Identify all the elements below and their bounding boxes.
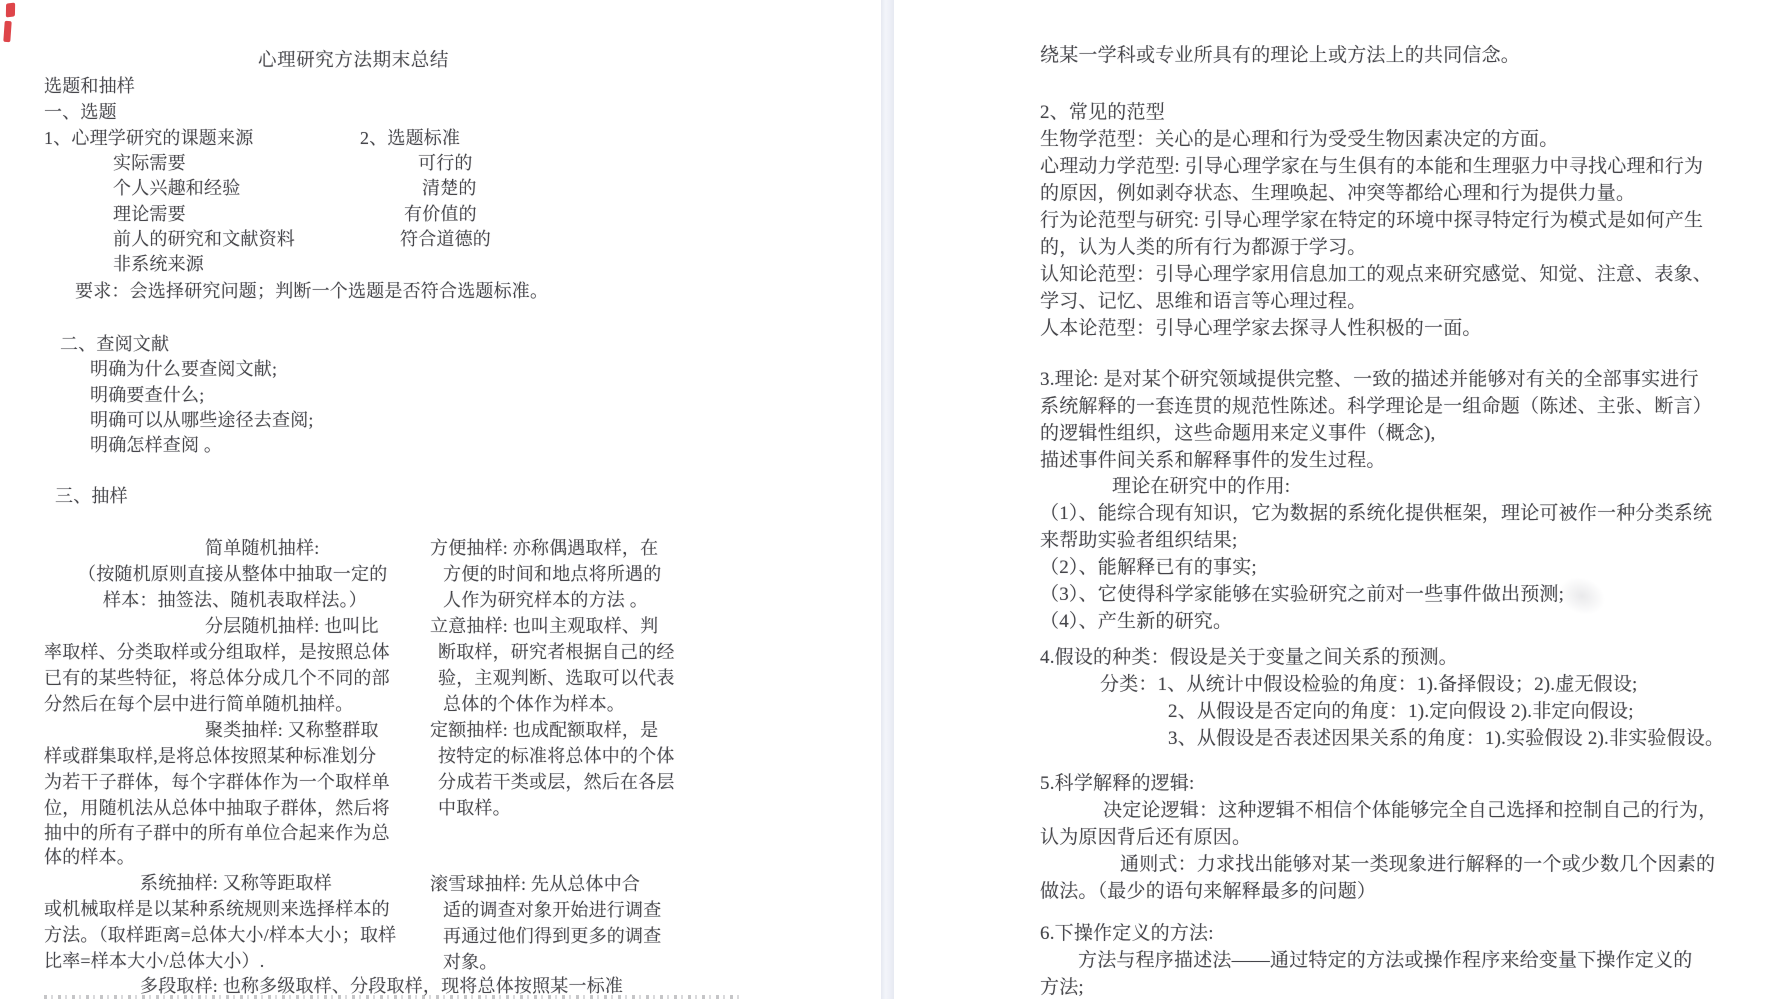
red-annotation-mark (6, 3, 15, 18)
page-title: 心理研究方法期末总结 (258, 46, 449, 72)
right-page (894, 0, 1782, 999)
red-annotation-mark (3, 21, 11, 42)
left-page (0, 0, 881, 999)
cutoff-text-line (44, 995, 744, 999)
page-gap-divider (881, 0, 894, 999)
document-viewer: 心理研究方法期末总结 选题和抽样一、选题1、心理学研究的课题来源2、选题标准实际… (0, 0, 1782, 999)
